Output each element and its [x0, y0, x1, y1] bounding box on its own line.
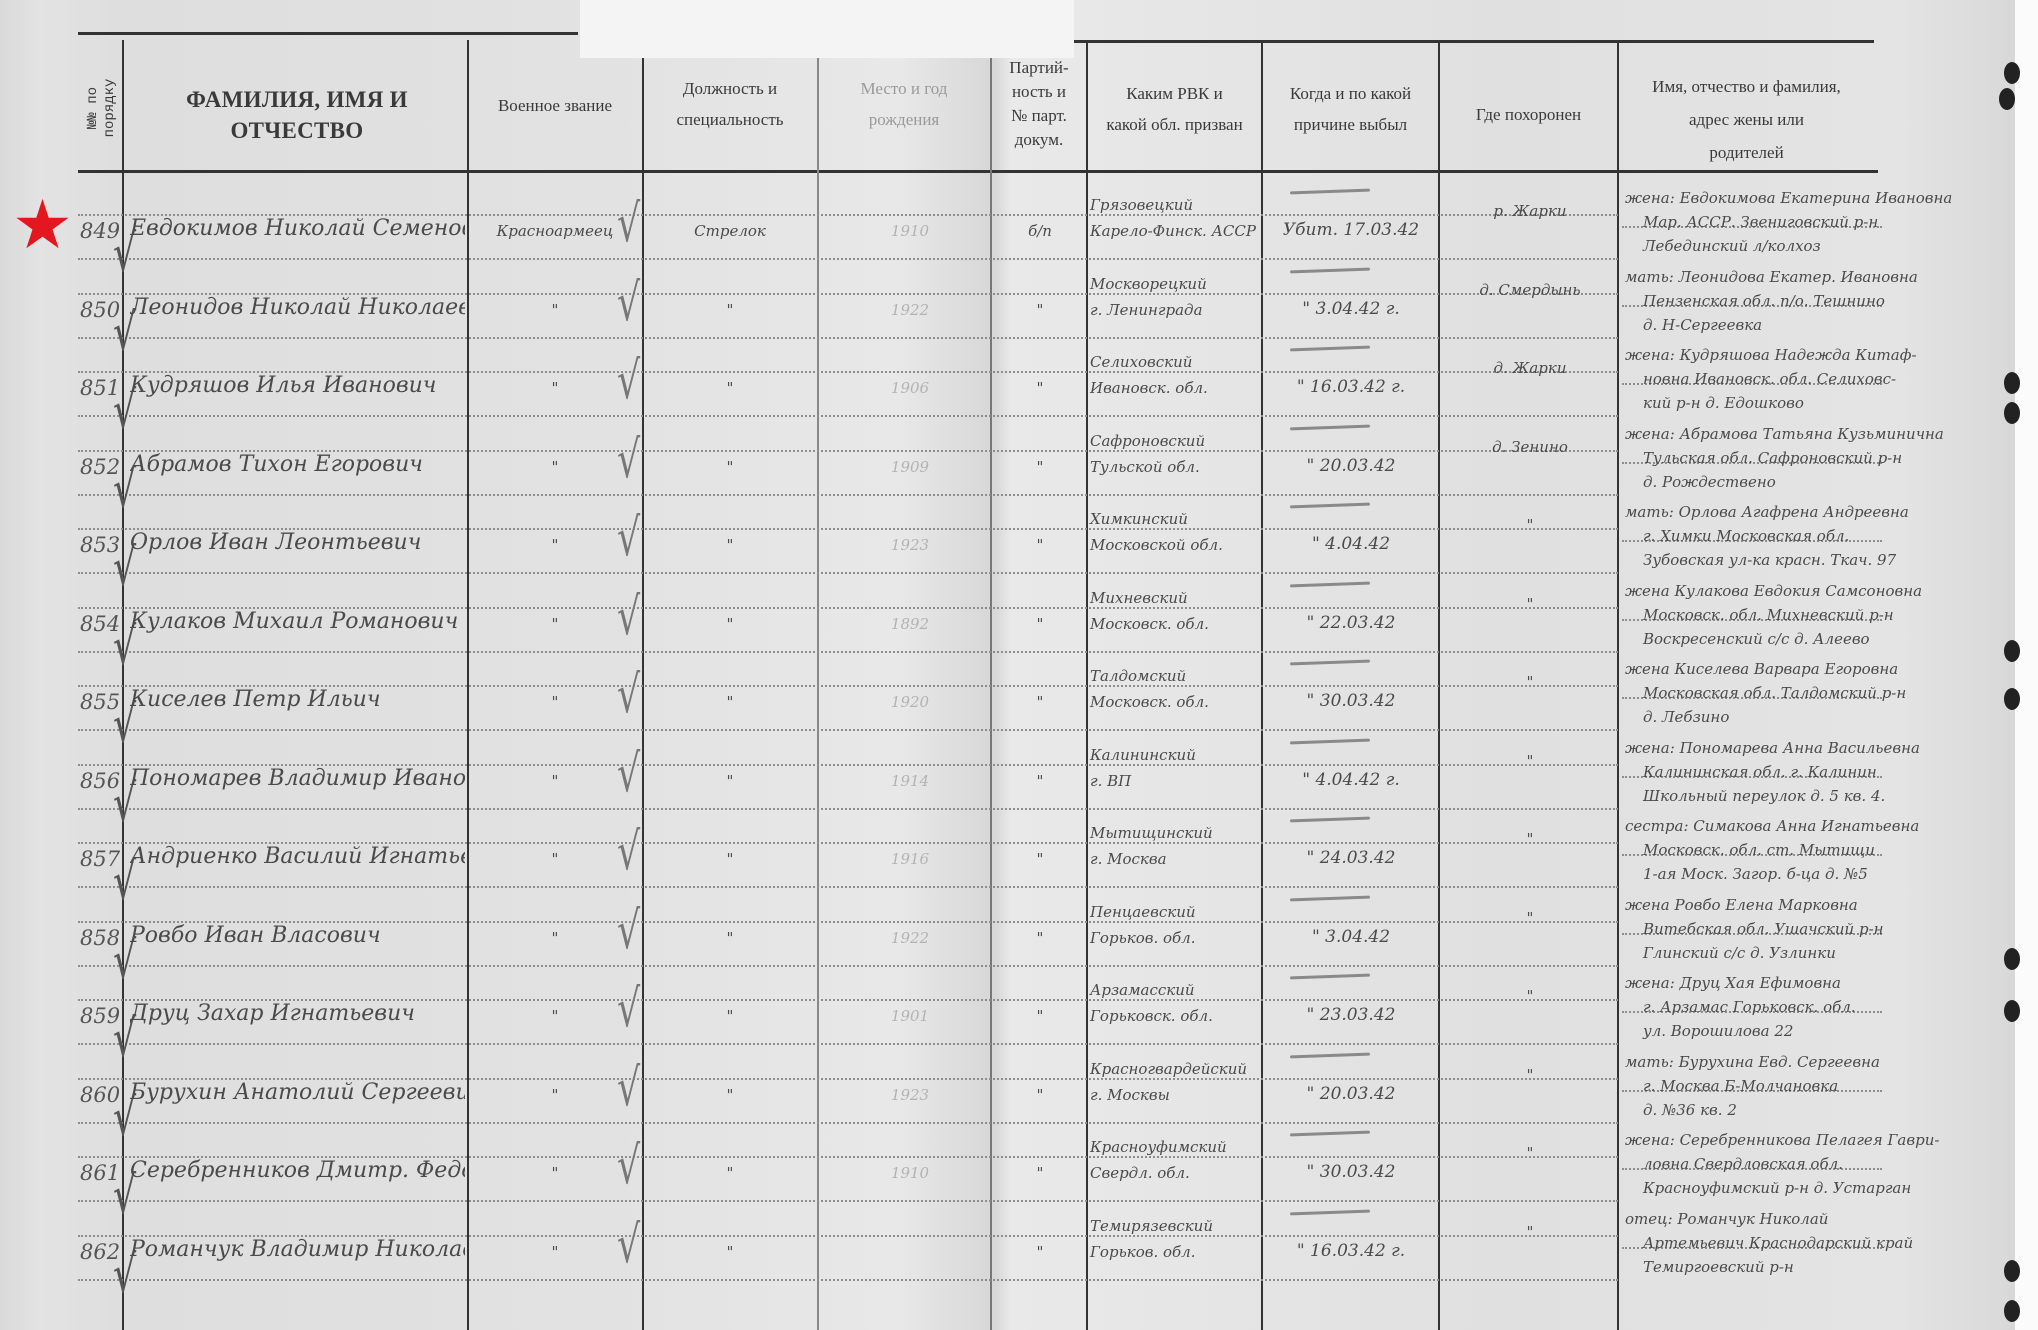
full-name: Андриенко Василий Игнатьевич	[130, 844, 465, 869]
full-name: Киселев Петр Ильич	[130, 687, 465, 712]
header-kin: Имя, отчество и фамилия, адрес жены или …	[1619, 70, 1874, 169]
birth-year: 1906	[860, 379, 960, 397]
date-and-reason: " 22.03.42	[1266, 613, 1436, 633]
military-rank: "	[470, 1007, 640, 1025]
date-and-reason: " 30.03.42	[1266, 691, 1436, 711]
next-of-kin-line: г. Арзамас Горьковск. обл.	[1625, 995, 1995, 1019]
header-when-line: Когда и по какой	[1263, 78, 1438, 109]
archive-page-scan: №№ по порядку ФАМИЛИЯ, ИМЯ И ОТЧЕСТВО Во…	[0, 0, 2015, 1330]
column-rule	[990, 58, 992, 1330]
row-guide-line	[78, 1200, 1618, 1202]
position: "	[645, 850, 815, 868]
military-rank: "	[470, 615, 640, 633]
pencil-dash	[1290, 974, 1370, 980]
column-rule	[817, 58, 819, 1330]
draft-office: МихневскийМосковск. обл.	[1090, 585, 1260, 637]
birth-year: 1923	[860, 1086, 960, 1104]
check-mark-icon: √	[617, 744, 640, 804]
redacted-area	[580, 0, 1074, 58]
header-rvk-line: какой обл. призван	[1088, 109, 1261, 140]
party-membership: "	[995, 1164, 1085, 1182]
position: "	[645, 379, 815, 397]
burial-place: р. Жарки	[1445, 202, 1615, 220]
next-of-kin: мать: Орлова Агафрена Андреевнаг. Химки …	[1625, 500, 1995, 572]
position: "	[645, 693, 815, 711]
birth-year: 1910	[860, 1164, 960, 1182]
binder-hole	[2004, 948, 2020, 970]
header-kin-line: родителей	[1619, 136, 1874, 169]
birth-year: 1909	[860, 458, 960, 476]
header-fio: ФАМИЛИЯ, ИМЯ И ОТЧЕСТВО	[128, 84, 466, 146]
table-top-rule	[78, 32, 578, 35]
party-membership: "	[995, 850, 1085, 868]
next-of-kin-line: отец: Романчук Николай	[1625, 1207, 1995, 1231]
header-when-line: причине выбыл	[1263, 109, 1438, 140]
header-party-line: докум.	[992, 128, 1086, 152]
position: "	[645, 1164, 815, 1182]
position: "	[645, 1243, 815, 1261]
header-buried: Где похоронен	[1440, 99, 1617, 130]
check-mark-icon: √	[617, 430, 640, 490]
military-rank: Красноармеец	[470, 222, 640, 240]
date-and-reason: " 20.03.42	[1266, 456, 1436, 476]
birth-year: 1910	[860, 222, 960, 240]
pencil-dash	[1290, 817, 1370, 823]
header-number: №№ по порядку	[85, 58, 125, 158]
burial-place: д. Смердынь	[1445, 281, 1615, 299]
burial-place: "	[1445, 595, 1615, 613]
check-mark-icon: √	[617, 665, 640, 725]
pencil-dash	[1290, 738, 1370, 744]
military-rank: "	[470, 1164, 640, 1182]
military-rank: "	[470, 693, 640, 711]
full-name: Евдокимов Николай Семенович	[130, 216, 465, 241]
military-rank: "	[470, 301, 640, 319]
draft-office-line: Мытищинский	[1090, 820, 1260, 846]
next-of-kin: жена Кулакова Евдокия СамсоновнаМосковск…	[1625, 579, 1995, 651]
next-of-kin-line: сестра: Симакова Анна Игнатьевна	[1625, 814, 1995, 838]
next-of-kin-line: г. Москва Б-Молчановка	[1625, 1074, 1995, 1098]
header-birth-line: рождения	[820, 104, 988, 135]
date-and-reason: " 20.03.42	[1266, 1084, 1436, 1104]
row-guide-line	[78, 572, 1618, 574]
date-and-reason: " 23.03.42	[1266, 1005, 1436, 1025]
party-membership: "	[995, 379, 1085, 397]
next-of-kin: жена: Кудряшова Надежда Китаф-новна Иван…	[1625, 343, 1995, 415]
birth-year: 1922	[860, 301, 960, 319]
row-guide-line	[78, 1043, 1618, 1045]
birth-year: 1892	[860, 615, 960, 633]
row-guide-line	[78, 808, 1618, 810]
burial-place: "	[1445, 1066, 1615, 1084]
party-membership: "	[995, 693, 1085, 711]
next-of-kin-line: Тульская обл. Сафроновский р-н	[1625, 446, 1995, 470]
military-rank: "	[470, 850, 640, 868]
next-of-kin: мать: Бурухина Евд. Сергеевнаг. Москва Б…	[1625, 1050, 1995, 1122]
position: Стрелок	[645, 222, 815, 240]
scan-margin	[2015, 0, 2038, 1330]
draft-office-line: Сафроновский	[1090, 428, 1260, 454]
binder-hole	[2004, 62, 2020, 84]
next-of-kin-line: ул. Ворошилова 22	[1625, 1019, 1995, 1043]
next-of-kin-line: новна Ивановск. обл. Селиховс-	[1625, 367, 1995, 391]
draft-office-line: г. Ленинграда	[1090, 297, 1260, 323]
next-of-kin-line: мать: Бурухина Евд. Сергеевна	[1625, 1050, 1995, 1074]
burial-place: "	[1445, 752, 1615, 770]
next-of-kin-line: жена: Евдокимова Екатерина Ивановна	[1625, 186, 1995, 210]
date-and-reason: " 3.04.42 г.	[1266, 299, 1436, 319]
military-rank: "	[470, 1086, 640, 1104]
draft-office: ПенцаевскийГорьков. обл.	[1090, 899, 1260, 951]
burial-place: д. Зенино	[1445, 438, 1615, 456]
position: "	[645, 772, 815, 790]
burial-place: "	[1445, 909, 1615, 927]
party-membership: "	[995, 536, 1085, 554]
draft-office: ТалдомскийМосковск. обл.	[1090, 663, 1260, 715]
check-mark-icon: √	[617, 979, 640, 1039]
draft-office-line: Калининский	[1090, 742, 1260, 768]
full-name: Бурухин Анатолий Сергеевич	[130, 1080, 465, 1105]
party-membership: "	[995, 301, 1085, 319]
next-of-kin: жена: Евдокимова Екатерина ИвановнаМар. …	[1625, 186, 1995, 258]
pencil-dash	[1290, 346, 1370, 352]
row-guide-line	[78, 1279, 1618, 1281]
draft-office: СелиховскийИвановск. обл.	[1090, 349, 1260, 401]
date-and-reason: " 30.03.42	[1266, 1162, 1436, 1182]
draft-office-line: Тульской обл.	[1090, 454, 1260, 480]
header-kin-line: адрес жены или	[1619, 103, 1874, 136]
draft-office-line: г. ВП	[1090, 768, 1260, 794]
next-of-kin-line: мать: Орлова Агафрена Андреевна	[1625, 500, 1995, 524]
pencil-dash	[1290, 267, 1370, 273]
full-name: Пономарев Владимир Иванович	[130, 766, 465, 791]
binder-hole	[2004, 1000, 2020, 1022]
check-mark-icon: √	[617, 822, 640, 882]
burial-place: "	[1445, 516, 1615, 534]
draft-office-line: Горьковск. обл.	[1090, 1003, 1260, 1029]
next-of-kin-line: жена: Кудряшова Надежда Китаф-	[1625, 343, 1995, 367]
pencil-dash	[1290, 424, 1370, 430]
header-party-line: Партий-	[992, 56, 1086, 80]
military-rank: "	[470, 929, 640, 947]
draft-office-line: Горьков. обл.	[1090, 925, 1260, 951]
full-name: Ровбо Иван Власович	[130, 923, 465, 948]
draft-office-line: Московск. обл.	[1090, 689, 1260, 715]
full-name: Кулаков Михаил Романович	[130, 609, 465, 634]
draft-office: ХимкинскийМосковской обл.	[1090, 506, 1260, 558]
date-and-reason: " 4.04.42	[1266, 534, 1436, 554]
header-rvk-line: Каким РВК и	[1088, 78, 1261, 109]
birth-year: 1922	[860, 929, 960, 947]
header-party-line: ность и	[992, 80, 1086, 104]
next-of-kin: мать: Леонидова Екатер. ИвановнаПензенск…	[1625, 265, 1995, 337]
pencil-dash	[1290, 660, 1370, 666]
full-name: Леонидов Николай Николаевич	[130, 295, 465, 320]
binder-hole	[2004, 1300, 2020, 1322]
check-mark-icon: √	[617, 351, 640, 411]
check-mark-icon: √	[617, 194, 640, 254]
draft-office-line: г. Москвы	[1090, 1082, 1260, 1108]
next-of-kin-line: жена: Пономарева Анна Васильевна	[1625, 736, 1995, 760]
header-birth-line: Место и год	[820, 73, 988, 104]
next-of-kin-line: г. Химки Московская обл.	[1625, 524, 1995, 548]
draft-office-line: Ивановск. обл.	[1090, 375, 1260, 401]
position: "	[645, 615, 815, 633]
row-guide-line	[78, 886, 1618, 888]
next-of-kin-line: Московск. обл. ст. Мытищи	[1625, 838, 1995, 862]
next-of-kin-line: Лебединский л/колхоз	[1625, 234, 1995, 258]
birth-year: 1914	[860, 772, 960, 790]
next-of-kin: жена: Серебренникова Пелагея Гаври-ловна…	[1625, 1128, 1995, 1200]
next-of-kin-line: Калининская обл. г. Калинин	[1625, 760, 1995, 784]
header-kin-line: Имя, отчество и фамилия,	[1619, 70, 1874, 103]
birth-year: 1920	[860, 693, 960, 711]
date-and-reason: Убит. 17.03.42	[1266, 220, 1436, 240]
next-of-kin-line: д. Лебзино	[1625, 705, 1995, 729]
draft-office: ГрязовецкийКарело-Финск. АССР	[1090, 192, 1260, 244]
header-party-line: № парт.	[992, 104, 1086, 128]
binder-hole	[1999, 88, 2015, 110]
party-membership: "	[995, 458, 1085, 476]
row-guide-line	[78, 1122, 1618, 1124]
next-of-kin-line: кий р-н д. Едошково	[1625, 391, 1995, 415]
draft-office-line: Москворецкий	[1090, 271, 1260, 297]
column-rule	[642, 58, 644, 1330]
position: "	[645, 929, 815, 947]
draft-office: Калининскийг. ВП	[1090, 742, 1260, 794]
next-of-kin: жена: Друц Хая Ефимовнаг. Арзамас Горько…	[1625, 971, 1995, 1043]
burial-place: д. Жарки	[1445, 359, 1615, 377]
next-of-kin-line: Темиргоевский р-н	[1625, 1255, 1995, 1279]
draft-office: СафроновскийТульской обл.	[1090, 428, 1260, 480]
header-position-line: Должность и	[645, 73, 815, 104]
next-of-kin-line: мать: Леонидова Екатер. Ивановна	[1625, 265, 1995, 289]
burial-place: "	[1445, 830, 1615, 848]
next-of-kin: жена Ровбо Елена МарковнаВитебская обл. …	[1625, 893, 1995, 965]
header-rank: Военное звание	[470, 90, 640, 121]
next-of-kin: жена: Абрамова Татьяна КузьминичнаТульск…	[1625, 422, 1995, 494]
row-guide-line	[78, 415, 1618, 417]
draft-office: Красногвардейскийг. Москвы	[1090, 1056, 1260, 1108]
table-top-rule	[1074, 40, 1874, 43]
next-of-kin-line: Воскресенский с/с д. Алеево	[1625, 627, 1995, 651]
date-and-reason: " 16.03.42 г.	[1266, 377, 1436, 397]
birth-year: 1923	[860, 536, 960, 554]
pencil-dash	[1290, 1052, 1370, 1058]
check-mark-icon: √	[617, 508, 640, 568]
next-of-kin-line: Московск. обл. Михневский р-н	[1625, 603, 1995, 627]
party-membership: "	[995, 615, 1085, 633]
draft-office-line: Селиховский	[1090, 349, 1260, 375]
red-star-icon: ★	[12, 196, 72, 256]
next-of-kin-line: Витебская обл. Ушачский р-н	[1625, 917, 1995, 941]
full-name: Друц Захар Игнатьевич	[130, 1001, 465, 1026]
binder-hole	[2004, 1260, 2020, 1282]
row-guide-line	[78, 337, 1618, 339]
military-rank: "	[470, 458, 640, 476]
pencil-dash	[1290, 189, 1370, 195]
party-membership: "	[995, 1007, 1085, 1025]
next-of-kin-line: Красноуфимский р-н д. Устарган	[1625, 1176, 1995, 1200]
position: "	[645, 536, 815, 554]
pencil-dash	[1290, 1131, 1370, 1137]
date-and-reason: " 3.04.42	[1266, 927, 1436, 947]
draft-office: КрасноуфимскийСвердл. обл.	[1090, 1134, 1260, 1186]
next-of-kin-line: Пензенская обл. п/о. Тешнино	[1625, 289, 1995, 313]
next-of-kin-line: жена Киселева Варвара Егоровна	[1625, 657, 1995, 681]
position: "	[645, 1007, 815, 1025]
check-mark-icon: √	[617, 273, 640, 333]
header-position: Должность и специальность	[645, 73, 815, 135]
draft-office-line: Московской обл.	[1090, 532, 1260, 558]
draft-office: АрзамасскийГорьковск. обл.	[1090, 977, 1260, 1029]
row-guide-line	[78, 258, 1618, 260]
position: "	[645, 1086, 815, 1104]
check-mark-icon: √	[617, 1136, 640, 1196]
next-of-kin-line: ловна Свердловская обл.	[1625, 1152, 1995, 1176]
full-name: Абрамов Тихон Егорович	[130, 452, 465, 477]
next-of-kin-line: Глинский с/с д. Узлинки	[1625, 941, 1995, 965]
row-guide-line	[78, 965, 1618, 967]
burial-place: "	[1445, 987, 1615, 1005]
next-of-kin-line: Артемьевич Краснодарский край	[1625, 1231, 1995, 1255]
full-name: Романчук Владимир Николаевич	[130, 1237, 465, 1262]
date-and-reason: " 16.03.42 г.	[1266, 1241, 1436, 1261]
draft-office-line: Темирязевский	[1090, 1213, 1260, 1239]
party-membership: "	[995, 1243, 1085, 1261]
next-of-kin-line: д. Н-Сергеевка	[1625, 313, 1995, 337]
header-party: Партий- ность и № парт. докум.	[992, 56, 1086, 152]
draft-office-line: Химкинский	[1090, 506, 1260, 532]
row-guide-line	[78, 651, 1618, 653]
pencil-dash	[1290, 503, 1370, 509]
next-of-kin: сестра: Симакова Анна ИгнатьевнаМосковск…	[1625, 814, 1995, 886]
next-of-kin-line: Московская обл. Талдомский р-н	[1625, 681, 1995, 705]
pencil-dash	[1290, 581, 1370, 587]
party-membership: "	[995, 1086, 1085, 1104]
position: "	[645, 301, 815, 319]
binder-hole	[2004, 640, 2020, 662]
full-name: Орлов Иван Леонтьевич	[130, 530, 465, 555]
pencil-dash	[1290, 1209, 1370, 1215]
next-of-kin-line: жена: Абрамова Татьяна Кузьминична	[1625, 422, 1995, 446]
party-membership: "	[995, 929, 1085, 947]
draft-office-line: Московск. обл.	[1090, 611, 1260, 637]
binder-hole	[2004, 402, 2020, 424]
full-name: Кудряшов Илья Иванович	[130, 373, 465, 398]
draft-office-line: Михневский	[1090, 585, 1260, 611]
next-of-kin-line: жена Ровбо Елена Марковна	[1625, 893, 1995, 917]
draft-office-line: г. Москва	[1090, 846, 1260, 872]
draft-office-line: Арзамасский	[1090, 977, 1260, 1003]
date-and-reason: " 4.04.42 г.	[1266, 770, 1436, 790]
next-of-kin: жена: Пономарева Анна ВасильевнаКалининс…	[1625, 736, 1995, 808]
birth-year: 1901	[860, 1007, 960, 1025]
header-birth: Место и год рождения	[820, 73, 988, 135]
header-bottom-rule	[78, 170, 1878, 173]
header-when: Когда и по какой причине выбыл	[1263, 78, 1438, 140]
next-of-kin-line: Мар. АССР. Звениговский р-н	[1625, 210, 1995, 234]
draft-office: Мытищинскийг. Москва	[1090, 820, 1260, 872]
next-of-kin-line: Школьный переулок д. 5 кв. 4.	[1625, 784, 1995, 808]
binder-hole	[2004, 372, 2020, 394]
next-of-kin-line: жена: Серебренникова Пелагея Гаври-	[1625, 1128, 1995, 1152]
draft-office-line: Красноуфимский	[1090, 1134, 1260, 1160]
burial-place: "	[1445, 1223, 1615, 1241]
date-and-reason: " 24.03.42	[1266, 848, 1436, 868]
pencil-dash	[1290, 895, 1370, 901]
party-membership: "	[995, 772, 1085, 790]
draft-office-line: Свердл. обл.	[1090, 1160, 1260, 1186]
check-mark-icon: √	[617, 901, 640, 961]
next-of-kin-line: жена: Друц Хая Ефимовна	[1625, 971, 1995, 995]
binder-hole	[2004, 688, 2020, 710]
draft-office: ТемирязевскийГорьков. обл.	[1090, 1213, 1260, 1265]
burial-place: "	[1445, 673, 1615, 691]
draft-office: Москворецкийг. Ленинграда	[1090, 271, 1260, 323]
birth-year: 1916	[860, 850, 960, 868]
next-of-kin: жена Киселева Варвара ЕгоровнаМосковская…	[1625, 657, 1995, 729]
party-membership: б/п	[995, 222, 1085, 240]
header-rvk: Каким РВК и какой обл. призван	[1088, 78, 1261, 140]
draft-office-line: Талдомский	[1090, 663, 1260, 689]
draft-office-line: Пенцаевский	[1090, 899, 1260, 925]
burial-place: "	[1445, 1144, 1615, 1162]
military-rank: "	[470, 536, 640, 554]
next-of-kin-line: Зубовская ул-ка красн. Ткач. 97	[1625, 548, 1995, 572]
check-mark-icon: √	[617, 587, 640, 647]
check-mark-icon: √	[617, 1058, 640, 1118]
check-mark-icon: √	[617, 1215, 640, 1275]
draft-office-line: Красногвардейский	[1090, 1056, 1260, 1082]
draft-office-line: Грязовецкий	[1090, 192, 1260, 218]
next-of-kin-line: д. Рождествено	[1625, 470, 1995, 494]
full-name: Серебренников Дмитр. Федорович	[130, 1158, 465, 1183]
next-of-kin-line: жена Кулакова Евдокия Самсоновна	[1625, 579, 1995, 603]
military-rank: "	[470, 1243, 640, 1261]
next-of-kin-line: д. №36 кв. 2	[1625, 1098, 1995, 1122]
draft-office-line: Горьков. обл.	[1090, 1239, 1260, 1265]
draft-office-line: Карело-Финск. АССР	[1090, 218, 1260, 244]
row-guide-line	[78, 729, 1618, 731]
next-of-kin: отец: Романчук НиколайАртемьевич Краснод…	[1625, 1207, 1995, 1279]
next-of-kin-line: 1-ая Моск. Загор. б-ца д. №5	[1625, 862, 1995, 886]
row-guide-line	[78, 494, 1618, 496]
position: "	[645, 458, 815, 476]
military-rank: "	[470, 772, 640, 790]
header-position-line: специальность	[645, 104, 815, 135]
military-rank: "	[470, 379, 640, 397]
